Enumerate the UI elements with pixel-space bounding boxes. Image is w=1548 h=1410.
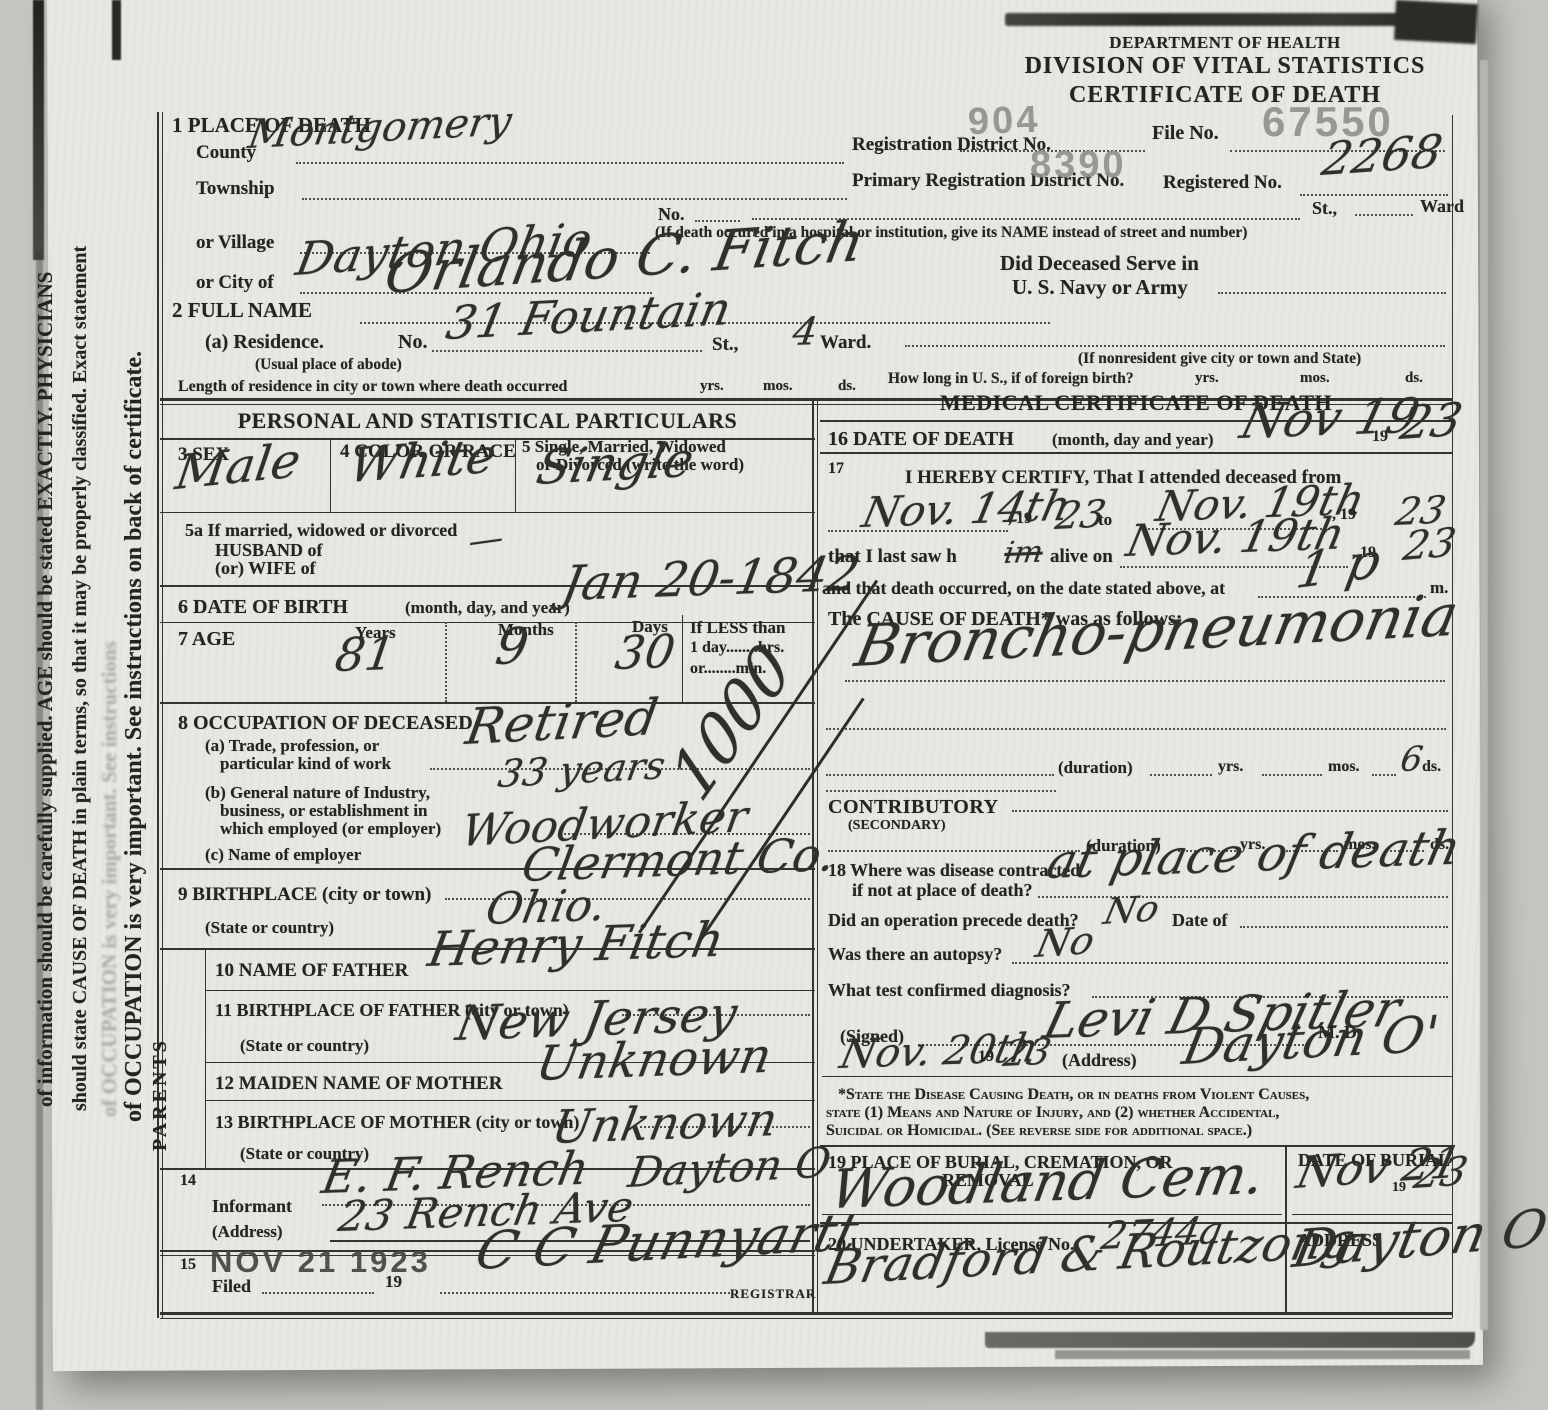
signed-address-label: (Address) [1062, 1050, 1137, 1071]
item-17-number: 17 [828, 460, 844, 478]
registered-no-label: Registered No. [1163, 172, 1282, 194]
occupation-b-label3: which employed (or employer) [220, 819, 441, 839]
ward-label: Ward [1420, 196, 1464, 217]
mos-label: mos. [1300, 370, 1330, 387]
dotted-line [1372, 774, 1396, 776]
registered-no-value: 2268 [1318, 124, 1446, 186]
footnote-line1: *State the Disease Causing Death, or in … [838, 1086, 1309, 1104]
spouse-value: — [468, 518, 504, 562]
dotted-line [262, 1292, 374, 1294]
how-long-us-label: How long in U. S., if of foreign birth? [888, 370, 1134, 388]
year-prefix: 19 [1372, 428, 1388, 446]
alive-on-label: alive on [1050, 546, 1113, 568]
dotted-line [845, 680, 1445, 682]
dotted-line [828, 530, 1008, 532]
attended-from-value: Nov. 14th [858, 481, 1075, 537]
date-of-birth-label: 6 DATE OF BIRTH [178, 596, 348, 619]
race-value: White [345, 428, 500, 494]
operation-date-label: Date of [1172, 910, 1227, 931]
age-years-value: 81 [332, 626, 399, 682]
duration-yrs-label: yrs. [1218, 758, 1243, 776]
occupation-b-label1: (b) General nature of Industry, [205, 783, 430, 803]
date-of-death-year: 23 [1396, 392, 1467, 450]
street-label: St., [1312, 198, 1337, 219]
township-label: Township [196, 178, 275, 200]
rule [515, 438, 516, 512]
year-prefix: 19 [978, 1048, 994, 1066]
last-saw-label: that I last saw h [828, 546, 957, 568]
autopsy-label: Was there an autopsy? [828, 944, 1002, 965]
abode-note: (Usual place of abode) [255, 356, 402, 374]
occupation-duration-value: 33 years [495, 743, 668, 796]
occupation-b-label2: business, or establishment in [220, 801, 428, 821]
informant-address-label: (Address) [212, 1222, 283, 1242]
date-of-death-note: (month, day and year) [1052, 430, 1214, 450]
disease-contracted-label2: if not at place of death? [852, 880, 1032, 901]
residence-st-label: St., [712, 334, 738, 356]
wife-of-label: (or) WIFE of [215, 558, 316, 579]
rule [160, 512, 815, 513]
dotted-divider [445, 622, 447, 702]
margin-instructions-line: of OCCUPATION is very important. See ins… [121, 351, 148, 1122]
length-residence-label: Length of residence in city or town wher… [178, 378, 567, 396]
filed-year-prefix: 19 [385, 1272, 402, 1292]
operation-value: No [1100, 888, 1163, 933]
date-of-birth-value: Jan 20-1842 [558, 546, 863, 612]
contributory-label: CONTRIBUTORY [828, 796, 999, 819]
navy-service-label2: U. S. Navy or Army [1012, 275, 1188, 300]
test-confirmed-label: What test confirmed diagnosis? [828, 980, 1071, 1001]
disease-contracted-label1: 18 Where was disease contracted [828, 860, 1080, 881]
rule [160, 1318, 1452, 1319]
page-stack-edge [1480, 60, 1488, 1330]
year-prefix: 19 [1392, 1180, 1406, 1196]
footnote-line2: state (1) Means and Nature of Injury, an… [826, 1104, 1279, 1122]
dotted-line [826, 774, 1054, 776]
dotted-line [432, 350, 702, 352]
dotted-divider [575, 622, 577, 702]
page-stack-edge [1055, 1350, 1470, 1359]
dotted-line [1262, 774, 1322, 776]
registrar-label: REGISTRAR [730, 1286, 816, 1302]
film-edge-strip [112, 0, 121, 60]
margin-instructions-line: of information should be carefully suppl… [33, 272, 58, 1107]
ds-label: ds. [1405, 370, 1423, 387]
mother-birthplace-label: 13 BIRTHPLACE OF MOTHER (city or town) [215, 1112, 579, 1133]
residence-no-label: No. [398, 331, 427, 354]
age-days-value: 30 [612, 624, 679, 680]
dotted-line [905, 345, 1445, 347]
village-label: or Village [196, 232, 274, 254]
mother-maiden-value: Unknown [532, 1028, 776, 1092]
birthplace-label: 9 BIRTHPLACE (city or town) [178, 884, 431, 906]
dotted-line [1012, 962, 1448, 964]
married-widowed-label: 5a If married, widowed or divorced [185, 520, 457, 541]
marital-value: Single [532, 432, 698, 496]
navy-service-label: Did Deceased Serve in [1000, 251, 1199, 276]
footnote-line3: Suicidal or Homicidal. (See reverse side… [826, 1122, 1252, 1140]
to-label: to [1098, 510, 1112, 530]
nonresident-note: (If nonresident give city or town and St… [1078, 350, 1361, 368]
filed-label: Filed [212, 1276, 251, 1297]
occupation-a-label2: particular kind of work [220, 754, 391, 774]
dotted-line [440, 1292, 730, 1294]
rule [205, 948, 206, 1168]
birthplace-state-label: (State or country) [205, 918, 334, 938]
secondary-label: (SECONDARY) [848, 818, 946, 834]
informant-number: 14 [180, 1172, 196, 1190]
margin-instructions-line: should state CAUSE OF DEATH in plain ter… [69, 246, 92, 1111]
margin-instructions-line-ghost: of OCCUPATION is very important. See ins… [97, 641, 122, 1117]
full-name-label: 2 FULL NAME [172, 298, 312, 323]
date-of-death-value: Nov 19 [1235, 388, 1425, 450]
occupation-c-label: (c) Name of employer [205, 845, 361, 865]
occupation-a-label1: (a) Trade, profession, or [205, 736, 379, 756]
page-corner-smudge [1394, 0, 1478, 44]
year-prefix: , 19 [1008, 510, 1032, 528]
rule [330, 438, 331, 512]
date-of-death-label: 16 DATE OF DEATH [828, 428, 1014, 451]
residence-ward-label: Ward. [820, 332, 871, 354]
if-less-note1: If LESS than [690, 618, 785, 638]
residence-label: (a) Residence. [205, 331, 324, 354]
page-stack-edge [985, 1332, 1475, 1348]
filed-number: 15 [180, 1256, 196, 1274]
rule [820, 452, 1452, 454]
file-no-label: File No. [1152, 122, 1219, 145]
dotted-line [828, 850, 1080, 852]
city-label: or City of [196, 272, 274, 294]
dotted-line [1355, 214, 1413, 216]
yrs-label: yrs. [1195, 370, 1219, 387]
rule [682, 615, 683, 702]
dotted-line [1038, 896, 1448, 898]
dotted-line [826, 790, 1056, 792]
signed-date-year: 23 [1000, 1032, 1054, 1075]
header-department: DEPARTMENT OF HEALTH [1090, 33, 1360, 53]
duration-ds-label: ds. [1422, 758, 1441, 776]
dotted-line [296, 162, 844, 164]
last-saw-him: im [1002, 535, 1045, 571]
date-of-burial-year: 23 [1410, 1149, 1472, 1198]
rule [160, 1312, 1452, 1315]
dotted-line [1218, 292, 1446, 294]
age-label: 7 AGE [178, 628, 235, 651]
last-saw-year: 23 [1400, 520, 1459, 570]
yrs-label: yrs. [700, 378, 724, 395]
mother-maiden-label: 12 MAIDEN NAME OF MOTHER [215, 1073, 502, 1095]
primary-registration-stamp: 8390 [1030, 144, 1127, 187]
rule [822, 1076, 1452, 1077]
father-name-label: 10 NAME OF FATHER [215, 960, 408, 982]
father-name-value: Henry Fitch [424, 912, 728, 978]
dotted-line [826, 728, 1446, 730]
dotted-line [1240, 926, 1448, 928]
dotted-line [1012, 810, 1448, 812]
date-of-birth-note: (month, day, and year) [405, 598, 570, 618]
occupation-label: 8 OCCUPATION OF DECEASED [178, 712, 473, 735]
parents-group-label: PARENTS [149, 1038, 172, 1151]
duration-mos-label: mos. [1328, 758, 1360, 776]
father-birthplace-state-label: (State or country) [240, 1036, 369, 1056]
informant-label: Informant [212, 1196, 292, 1217]
scanned-death-certificate: of information should be carefully suppl… [0, 0, 1548, 1410]
duration-label: (duration) [1058, 758, 1133, 778]
header-division: DIVISION OF VITAL STATISTICS [1000, 53, 1450, 80]
dotted-line [1150, 774, 1212, 776]
registration-district-label: Registration District No. [852, 134, 1051, 156]
film-edge-strip [33, 0, 44, 260]
mos-label: mos. [763, 378, 793, 395]
dotted-line [302, 198, 847, 200]
autopsy-value: No [1032, 918, 1099, 966]
